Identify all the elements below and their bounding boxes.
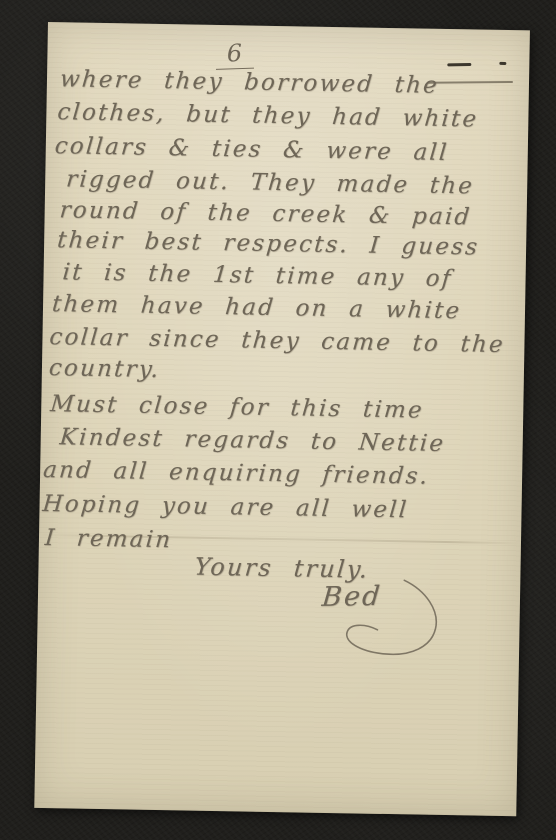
ink-smudge-mark (447, 63, 471, 66)
letter-line: Kindest regards to Nettie (59, 424, 447, 457)
letter-line: them have had on a white (51, 291, 463, 324)
signature: Bed (321, 584, 383, 611)
scan-background: 6 where they borrowed the clothes, but t… (0, 0, 556, 840)
letter-line: Must close for this time (49, 391, 425, 423)
letter-line: it is the 1st time any of (61, 259, 453, 292)
letter-line: Hoping you are all well (41, 491, 409, 523)
letter-line: and all enquiring friends. (42, 457, 430, 490)
letter-line: I remain (44, 525, 174, 553)
letter-line: collar since they came to the (48, 324, 506, 358)
letter-line: country. (48, 355, 162, 383)
letter-line: clothes, but they had white (56, 99, 479, 132)
page-number: 6 (215, 39, 254, 70)
letter-line: rigged out. They made the (65, 166, 475, 199)
letter-line: collars & ties & were all (54, 133, 450, 166)
letter-line: where they borrowed the (59, 66, 440, 99)
letter-closing: Yours truly. (193, 554, 370, 583)
ink-dot-mark (499, 62, 506, 65)
pen-crossbar-stroke (427, 81, 513, 84)
letter-page: 6 where they borrowed the clothes, but t… (34, 22, 530, 816)
letter-line: their best respects. I guess (56, 227, 480, 260)
letter-line: round of the creek & paid (59, 197, 473, 230)
